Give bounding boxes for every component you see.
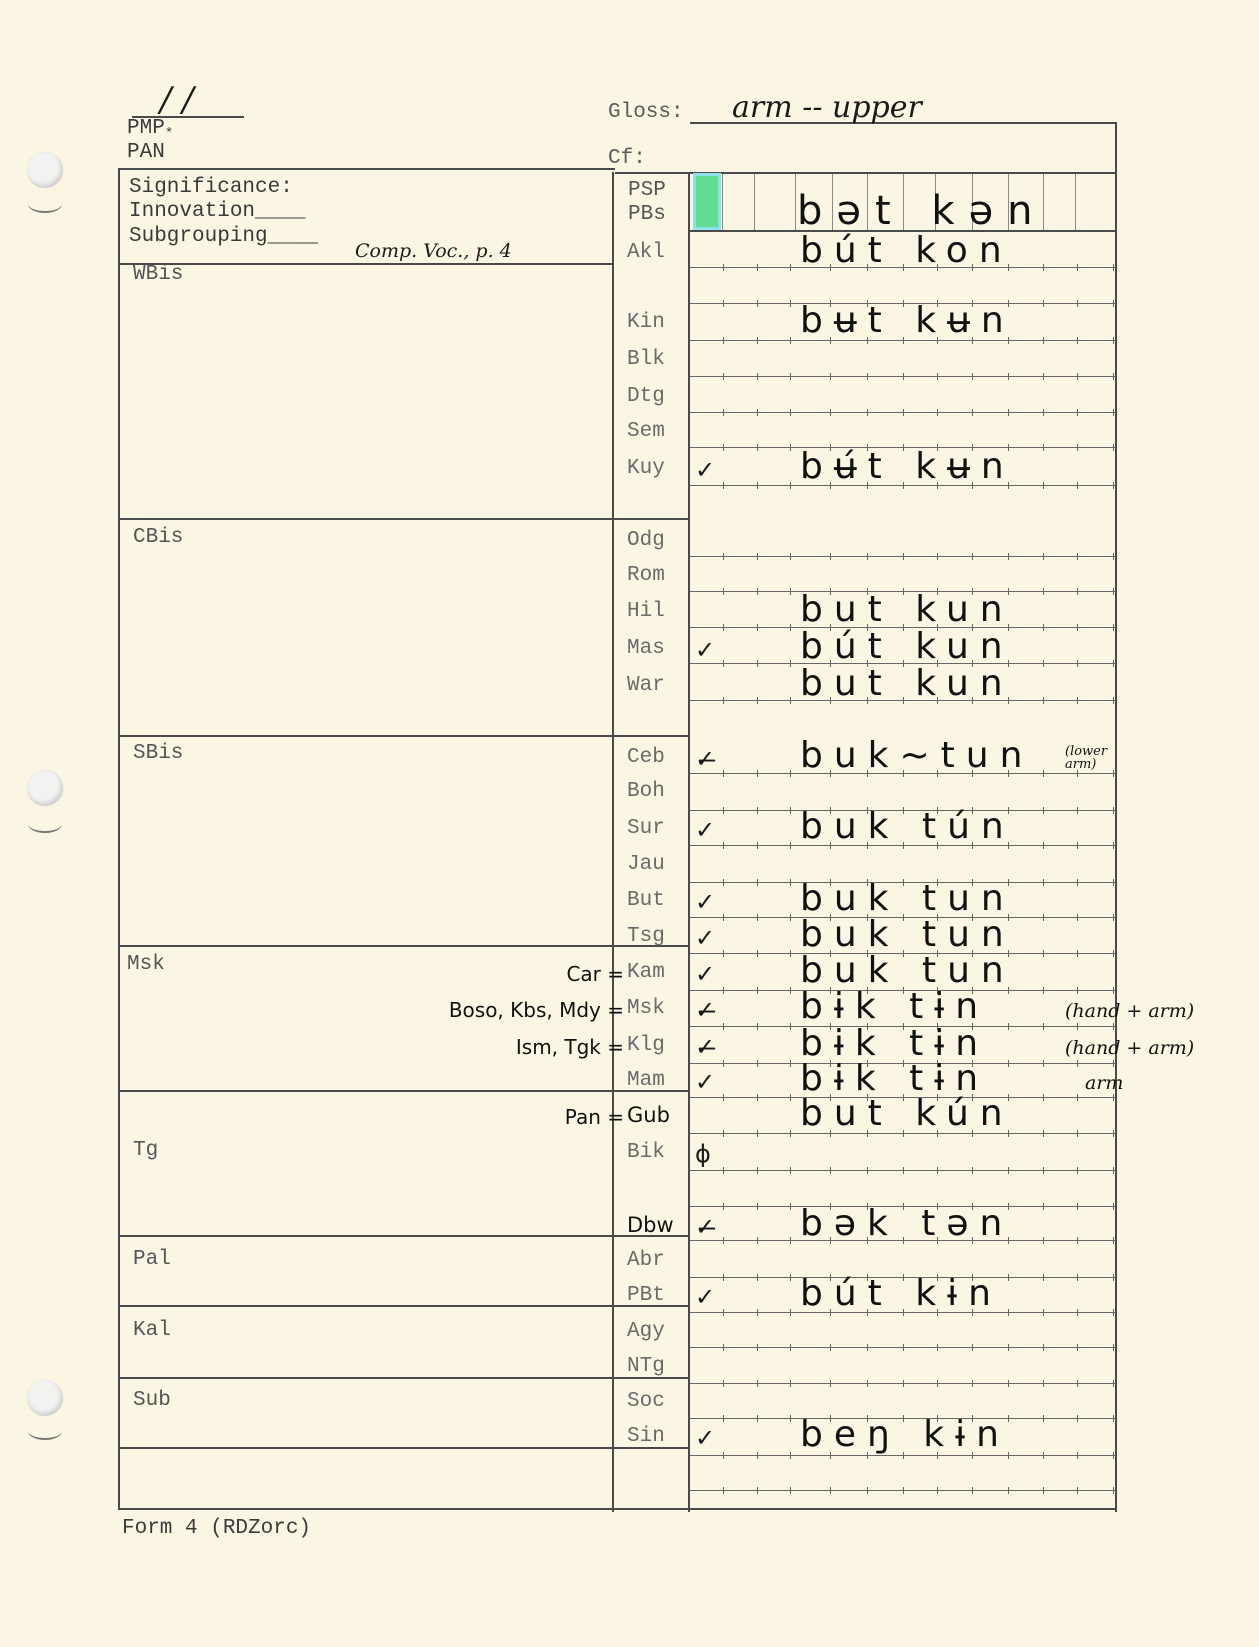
significance-title: Significance: <box>129 177 293 198</box>
language-code: Mas <box>627 638 697 659</box>
row-tick <box>1043 300 1044 307</box>
language-code: Boh <box>627 781 697 802</box>
row-tick <box>790 1274 791 1281</box>
row-tick <box>1043 1203 1044 1210</box>
gloss-note: (lower arm) <box>1065 745 1135 771</box>
language-code: War <box>627 675 697 696</box>
row-tick <box>1077 1380 1078 1387</box>
row-tick <box>1077 373 1078 380</box>
row-tick <box>867 1487 868 1494</box>
row-tick <box>1113 1344 1114 1351</box>
row-tick <box>790 337 791 344</box>
row-tick <box>723 588 724 595</box>
row-tick <box>1043 950 1044 957</box>
language-code: Kam <box>627 962 697 983</box>
row-tick <box>790 987 791 994</box>
checkmark-icon: ✓ <box>695 456 715 484</box>
row-tick <box>1077 842 1078 849</box>
section-wbis: WBis <box>133 263 183 286</box>
row-tick <box>1043 588 1044 595</box>
row-tick <box>723 1023 724 1030</box>
row-tick <box>1077 1487 1078 1494</box>
row-tick <box>1043 337 1044 344</box>
row-tick <box>1077 1274 1078 1281</box>
section-msk: Msk <box>127 953 165 976</box>
row-tick <box>757 950 758 957</box>
row-tick <box>1113 1023 1114 1030</box>
row-tick <box>757 1415 758 1422</box>
language-code: Kuy <box>627 458 697 479</box>
row-tick <box>1043 373 1044 380</box>
row-tick <box>1008 1060 1009 1067</box>
reflex-form: but kun <box>800 663 1014 704</box>
pmp-label: PMP* <box>127 118 173 141</box>
row-tick <box>972 1487 973 1494</box>
letter-box-divider <box>1075 174 1076 230</box>
row-tick <box>723 807 724 814</box>
row-tick <box>790 1060 791 1067</box>
reflex-form: bʉ́t kʉn <box>800 446 1015 487</box>
reflex-form: beŋ kɨn <box>800 1414 1010 1455</box>
row-tick <box>757 987 758 994</box>
row-tick <box>937 1344 938 1351</box>
row-tick <box>1077 409 1078 416</box>
row-tick <box>1113 300 1114 307</box>
row-tick <box>723 444 724 451</box>
row-tick <box>1043 770 1044 777</box>
gloss-note: (hand + arm) <box>1065 1000 1194 1022</box>
language-code: Msk <box>627 998 697 1019</box>
row-tick <box>1077 807 1078 814</box>
row-tick <box>1043 1487 1044 1494</box>
checkmark-icon: ✓ <box>695 1068 715 1096</box>
row-tick <box>790 1130 791 1137</box>
row-tick <box>757 444 758 451</box>
row-tick <box>757 1380 758 1387</box>
row-tick <box>1077 553 1078 560</box>
row-tick <box>790 373 791 380</box>
row-tick <box>757 1203 758 1210</box>
row-tick <box>1043 660 1044 667</box>
row-tick <box>723 1309 724 1316</box>
row-tick <box>1077 950 1078 957</box>
row-tick <box>723 1380 724 1387</box>
language-code: Bik <box>627 1142 697 1163</box>
row-tick <box>1008 553 1009 560</box>
row-tick <box>790 264 791 271</box>
reflex-form: buk tún <box>800 806 1015 847</box>
checkmark-icon: ✓̶ <box>695 745 715 773</box>
row-tick <box>1043 879 1044 886</box>
row-tick <box>1113 842 1114 849</box>
section-divider <box>118 1235 690 1237</box>
proto-label-psp: PSP <box>628 180 666 201</box>
row-tick <box>830 1487 831 1494</box>
section-sub: Sub <box>133 1389 171 1412</box>
row-tick <box>1043 1094 1044 1101</box>
letter-box-divider <box>754 174 755 230</box>
checkmark-icon: ✓ <box>695 888 715 916</box>
row-tick <box>757 624 758 631</box>
checkmark-icon: ✓ <box>695 924 715 952</box>
binder-hole-shadow <box>28 195 62 213</box>
language-code: Dtg <box>627 386 697 407</box>
row-tick <box>1043 264 1044 271</box>
section-sbis: SBis <box>133 742 183 765</box>
row-tick <box>1043 1237 1044 1244</box>
checkmark-icon: ✓ <box>695 816 715 844</box>
row-tick <box>1113 444 1114 451</box>
language-code: Blk <box>627 349 697 370</box>
row-tick <box>1113 987 1114 994</box>
row-tick <box>790 1344 791 1351</box>
frame-left <box>118 168 120 1510</box>
row-tick <box>1077 1094 1078 1101</box>
row-tick <box>1077 1167 1078 1174</box>
equivalence-note: Pan = <box>565 1105 624 1129</box>
row-tick <box>1113 1130 1114 1137</box>
row-tick <box>1077 337 1078 344</box>
checkmark-icon: ✓ <box>695 636 715 664</box>
row-tick <box>723 482 724 489</box>
language-code: Gub <box>627 1105 697 1126</box>
row-tick <box>1043 1309 1044 1316</box>
gloss-note: (hand + arm) <box>1065 1037 1194 1059</box>
row-tick <box>723 1344 724 1351</box>
row-tick <box>1043 409 1044 416</box>
row-tick <box>903 1344 904 1351</box>
row-tick <box>790 482 791 489</box>
checkmark-icon: ✓ <box>695 960 715 988</box>
row-tick <box>1077 914 1078 921</box>
row-tick <box>790 444 791 451</box>
row-tick <box>790 1167 791 1174</box>
row-tick <box>1077 987 1078 994</box>
row-tick <box>1008 1023 1009 1030</box>
section-kal: Kal <box>133 1319 171 1342</box>
row-tick <box>1113 660 1114 667</box>
row-tick <box>1077 1023 1078 1030</box>
row-tick <box>757 1344 758 1351</box>
row-tick <box>937 373 938 380</box>
row-tick <box>757 1237 758 1244</box>
row-tick <box>723 697 724 704</box>
subgrouping-label: Subgrouping____ <box>129 226 318 247</box>
reference-note: Comp. Voc., p. 4 <box>355 240 512 262</box>
row-tick <box>1113 373 1114 380</box>
binder-hole <box>27 1380 63 1416</box>
row-tick <box>723 950 724 957</box>
row-tick <box>790 588 791 595</box>
checkmark-icon: ✓ <box>695 1424 715 1452</box>
row-tick <box>867 1380 868 1387</box>
row-tick <box>790 300 791 307</box>
row-tick <box>723 264 724 271</box>
row-tick <box>1043 1274 1044 1281</box>
row-tick <box>723 1203 724 1210</box>
language-code: NTg <box>627 1356 697 1377</box>
reflex-form: bút kɨn <box>800 1273 1002 1314</box>
row-tick <box>790 770 791 777</box>
row-tick <box>903 409 904 416</box>
section-cbis: CBis <box>133 526 183 549</box>
row-tick <box>757 914 758 921</box>
row-tick <box>1077 1130 1078 1137</box>
row-tick <box>723 1415 724 1422</box>
highlight-marker <box>693 173 721 230</box>
row-tick <box>937 553 938 560</box>
reflex-form: buk tun <box>800 878 1015 919</box>
row-tick <box>1113 807 1114 814</box>
row-tick <box>972 409 973 416</box>
row-tick <box>757 1023 758 1030</box>
row-tick <box>790 660 791 667</box>
row-tick <box>1077 1203 1078 1210</box>
row-tick <box>1077 660 1078 667</box>
section-tg: Tg <box>133 1139 158 1162</box>
row-tick <box>830 1380 831 1387</box>
row-tick <box>757 300 758 307</box>
row-tick <box>723 1167 724 1174</box>
row-tick <box>790 1023 791 1030</box>
row-tick <box>1043 807 1044 814</box>
frame-bottom <box>118 1508 1117 1510</box>
row-tick <box>830 1344 831 1351</box>
row-tick <box>1113 1060 1114 1067</box>
row-tick <box>1043 1380 1044 1387</box>
row-tick <box>757 1487 758 1494</box>
row-tick <box>723 624 724 631</box>
row-tick <box>1043 987 1044 994</box>
reflex-form: buk tun <box>800 950 1015 991</box>
row-tick <box>757 409 758 416</box>
reflex-form: but kún <box>800 1093 1014 1134</box>
row-tick <box>757 1094 758 1101</box>
row-tick <box>757 337 758 344</box>
row-tick <box>1008 409 1009 416</box>
reflex-form: buk~tun <box>800 735 1033 776</box>
language-code: Sin <box>627 1426 697 1447</box>
row-tick <box>867 1344 868 1351</box>
row-tick <box>1113 879 1114 886</box>
equivalence-note: Ism, Tgk = <box>516 1035 624 1059</box>
row-tick <box>757 1274 758 1281</box>
section-divider <box>118 945 690 947</box>
row-tick <box>1077 482 1078 489</box>
row-tick <box>1077 300 1078 307</box>
language-code: Abr <box>627 1250 697 1271</box>
row-tick <box>1113 409 1114 416</box>
row-tick <box>757 588 758 595</box>
section-divider <box>118 518 690 520</box>
row-tick <box>723 842 724 849</box>
row-tick <box>790 914 791 921</box>
checkmark-icon: ✓̶ <box>695 1033 715 1061</box>
row-tick <box>1043 914 1044 921</box>
row-tick <box>972 1167 973 1174</box>
row-tick <box>1113 337 1114 344</box>
row-tick <box>1008 373 1009 380</box>
language-code: Klg <box>627 1035 697 1056</box>
row-tick <box>972 553 973 560</box>
reflex-form: bút kun <box>800 626 1014 667</box>
frame-top-right <box>615 172 1117 174</box>
row-tick <box>830 373 831 380</box>
row-tick <box>757 770 758 777</box>
row-tick <box>1043 444 1044 451</box>
row-tick <box>1113 482 1114 489</box>
row-tick <box>1113 1094 1114 1101</box>
language-code: Rom <box>627 565 697 586</box>
row-tick <box>757 842 758 849</box>
row-tick <box>790 697 791 704</box>
language-code: Tsg <box>627 926 697 947</box>
row-tick <box>1113 697 1114 704</box>
row-tick <box>1077 1415 1078 1422</box>
equivalence-note: Car = <box>566 962 624 986</box>
row-tick <box>972 373 973 380</box>
reflex-form: buk tun <box>800 914 1015 955</box>
row-tick <box>1113 1487 1114 1494</box>
row-tick <box>757 482 758 489</box>
row-tick <box>867 409 868 416</box>
row-tick <box>1043 1415 1044 1422</box>
row-tick <box>1113 624 1114 631</box>
row-tick <box>723 987 724 994</box>
row-tick <box>723 660 724 667</box>
row-tick <box>757 879 758 886</box>
row-tick <box>1113 950 1114 957</box>
row-tick <box>723 1487 724 1494</box>
language-code: Hil <box>627 601 697 622</box>
row-tick <box>1113 1452 1114 1459</box>
equivalence-note: Boso, Kbs, Mdy = <box>449 998 624 1022</box>
row-tick <box>790 1452 791 1459</box>
row-tick <box>790 1380 791 1387</box>
row-tick <box>790 807 791 814</box>
checkmark-icon: ✓ <box>695 1283 715 1311</box>
frame-top-left <box>118 168 615 170</box>
innovation-label: Innovation____ <box>129 201 305 222</box>
row-tick <box>757 697 758 704</box>
row-tick <box>903 1167 904 1174</box>
row-tick <box>757 1130 758 1137</box>
reflex-form: bək tən <box>800 1203 1013 1244</box>
language-code: Odg <box>627 530 697 551</box>
row-tick <box>757 1060 758 1067</box>
row-tick <box>1113 1380 1114 1387</box>
row-tick <box>830 1167 831 1174</box>
row-tick <box>1113 1237 1114 1244</box>
row-tick <box>1008 1380 1009 1387</box>
gloss-value: arm -- upper <box>732 90 922 125</box>
row-tick <box>757 373 758 380</box>
row-tick <box>1077 1309 1078 1316</box>
row-tick <box>1113 264 1114 271</box>
row-tick <box>1077 1237 1078 1244</box>
row-tick <box>723 337 724 344</box>
row-tick <box>1077 697 1078 704</box>
row-tick <box>723 553 724 560</box>
row-tick <box>723 1237 724 1244</box>
row-tick <box>830 409 831 416</box>
row-tick <box>757 264 758 271</box>
row-tick <box>790 553 791 560</box>
section-divider <box>118 735 690 737</box>
row-tick <box>1008 1309 1009 1316</box>
row-tick <box>723 1130 724 1137</box>
row-tick <box>867 373 868 380</box>
row-tick <box>937 1487 938 1494</box>
language-code: PBt <box>627 1285 697 1306</box>
row-tick <box>1043 1023 1044 1030</box>
row-tick <box>1113 1203 1114 1210</box>
reflex-form: bút kon <box>800 230 1013 271</box>
row-tick <box>790 1203 791 1210</box>
row-tick <box>1077 264 1078 271</box>
row-tick <box>723 300 724 307</box>
row-tick <box>1077 1344 1078 1351</box>
binder-hole <box>27 770 63 806</box>
row-tick <box>972 1344 973 1351</box>
proto-label-pbs: PBs <box>628 204 666 225</box>
frame-right <box>1115 122 1117 1512</box>
row-tick <box>1043 1344 1044 1351</box>
row-tick <box>790 879 791 886</box>
row-tick <box>790 1415 791 1422</box>
row-tick <box>1077 879 1078 886</box>
frame-lang-col <box>688 172 690 1512</box>
language-code: Jau <box>627 854 697 875</box>
row-tick <box>1077 444 1078 451</box>
letter-box-divider <box>795 174 796 230</box>
row-tick <box>1113 1167 1114 1174</box>
row-tick <box>1113 1274 1114 1281</box>
row-tick <box>790 1309 791 1316</box>
row-tick <box>790 409 791 416</box>
row-tick <box>790 842 791 849</box>
row-tick <box>790 1237 791 1244</box>
checkmark-icon: ✓̶ <box>695 1213 715 1241</box>
row-tick <box>1077 624 1078 631</box>
reflex-form: bɨk tɨn <box>800 986 989 1027</box>
row-tick <box>1043 697 1044 704</box>
row-tick <box>723 409 724 416</box>
row-tick <box>790 1094 791 1101</box>
language-code: Ceb <box>627 747 697 768</box>
null-mark-icon: ϕ <box>695 1140 711 1168</box>
row-tick <box>1008 1167 1009 1174</box>
section-divider <box>118 1377 690 1379</box>
proto-form: bət kən <box>797 188 1047 234</box>
language-code: Akl <box>627 242 697 263</box>
row-tick <box>867 553 868 560</box>
row-tick <box>1043 1167 1044 1174</box>
row-tick <box>723 373 724 380</box>
row-tick <box>1077 1060 1078 1067</box>
language-code: Mam <box>627 1070 697 1091</box>
row-tick <box>723 1094 724 1101</box>
row-tick <box>1043 482 1044 489</box>
slash-marks: / / <box>160 80 194 120</box>
reflex-form: but kun <box>800 589 1014 630</box>
checkmark-icon: ✓̶ <box>695 996 715 1024</box>
row-tick <box>1008 1487 1009 1494</box>
language-code: Kin <box>627 312 697 333</box>
row-tick <box>1043 1060 1044 1067</box>
language-code: Agy <box>627 1321 697 1342</box>
language-code: Sur <box>627 818 697 839</box>
